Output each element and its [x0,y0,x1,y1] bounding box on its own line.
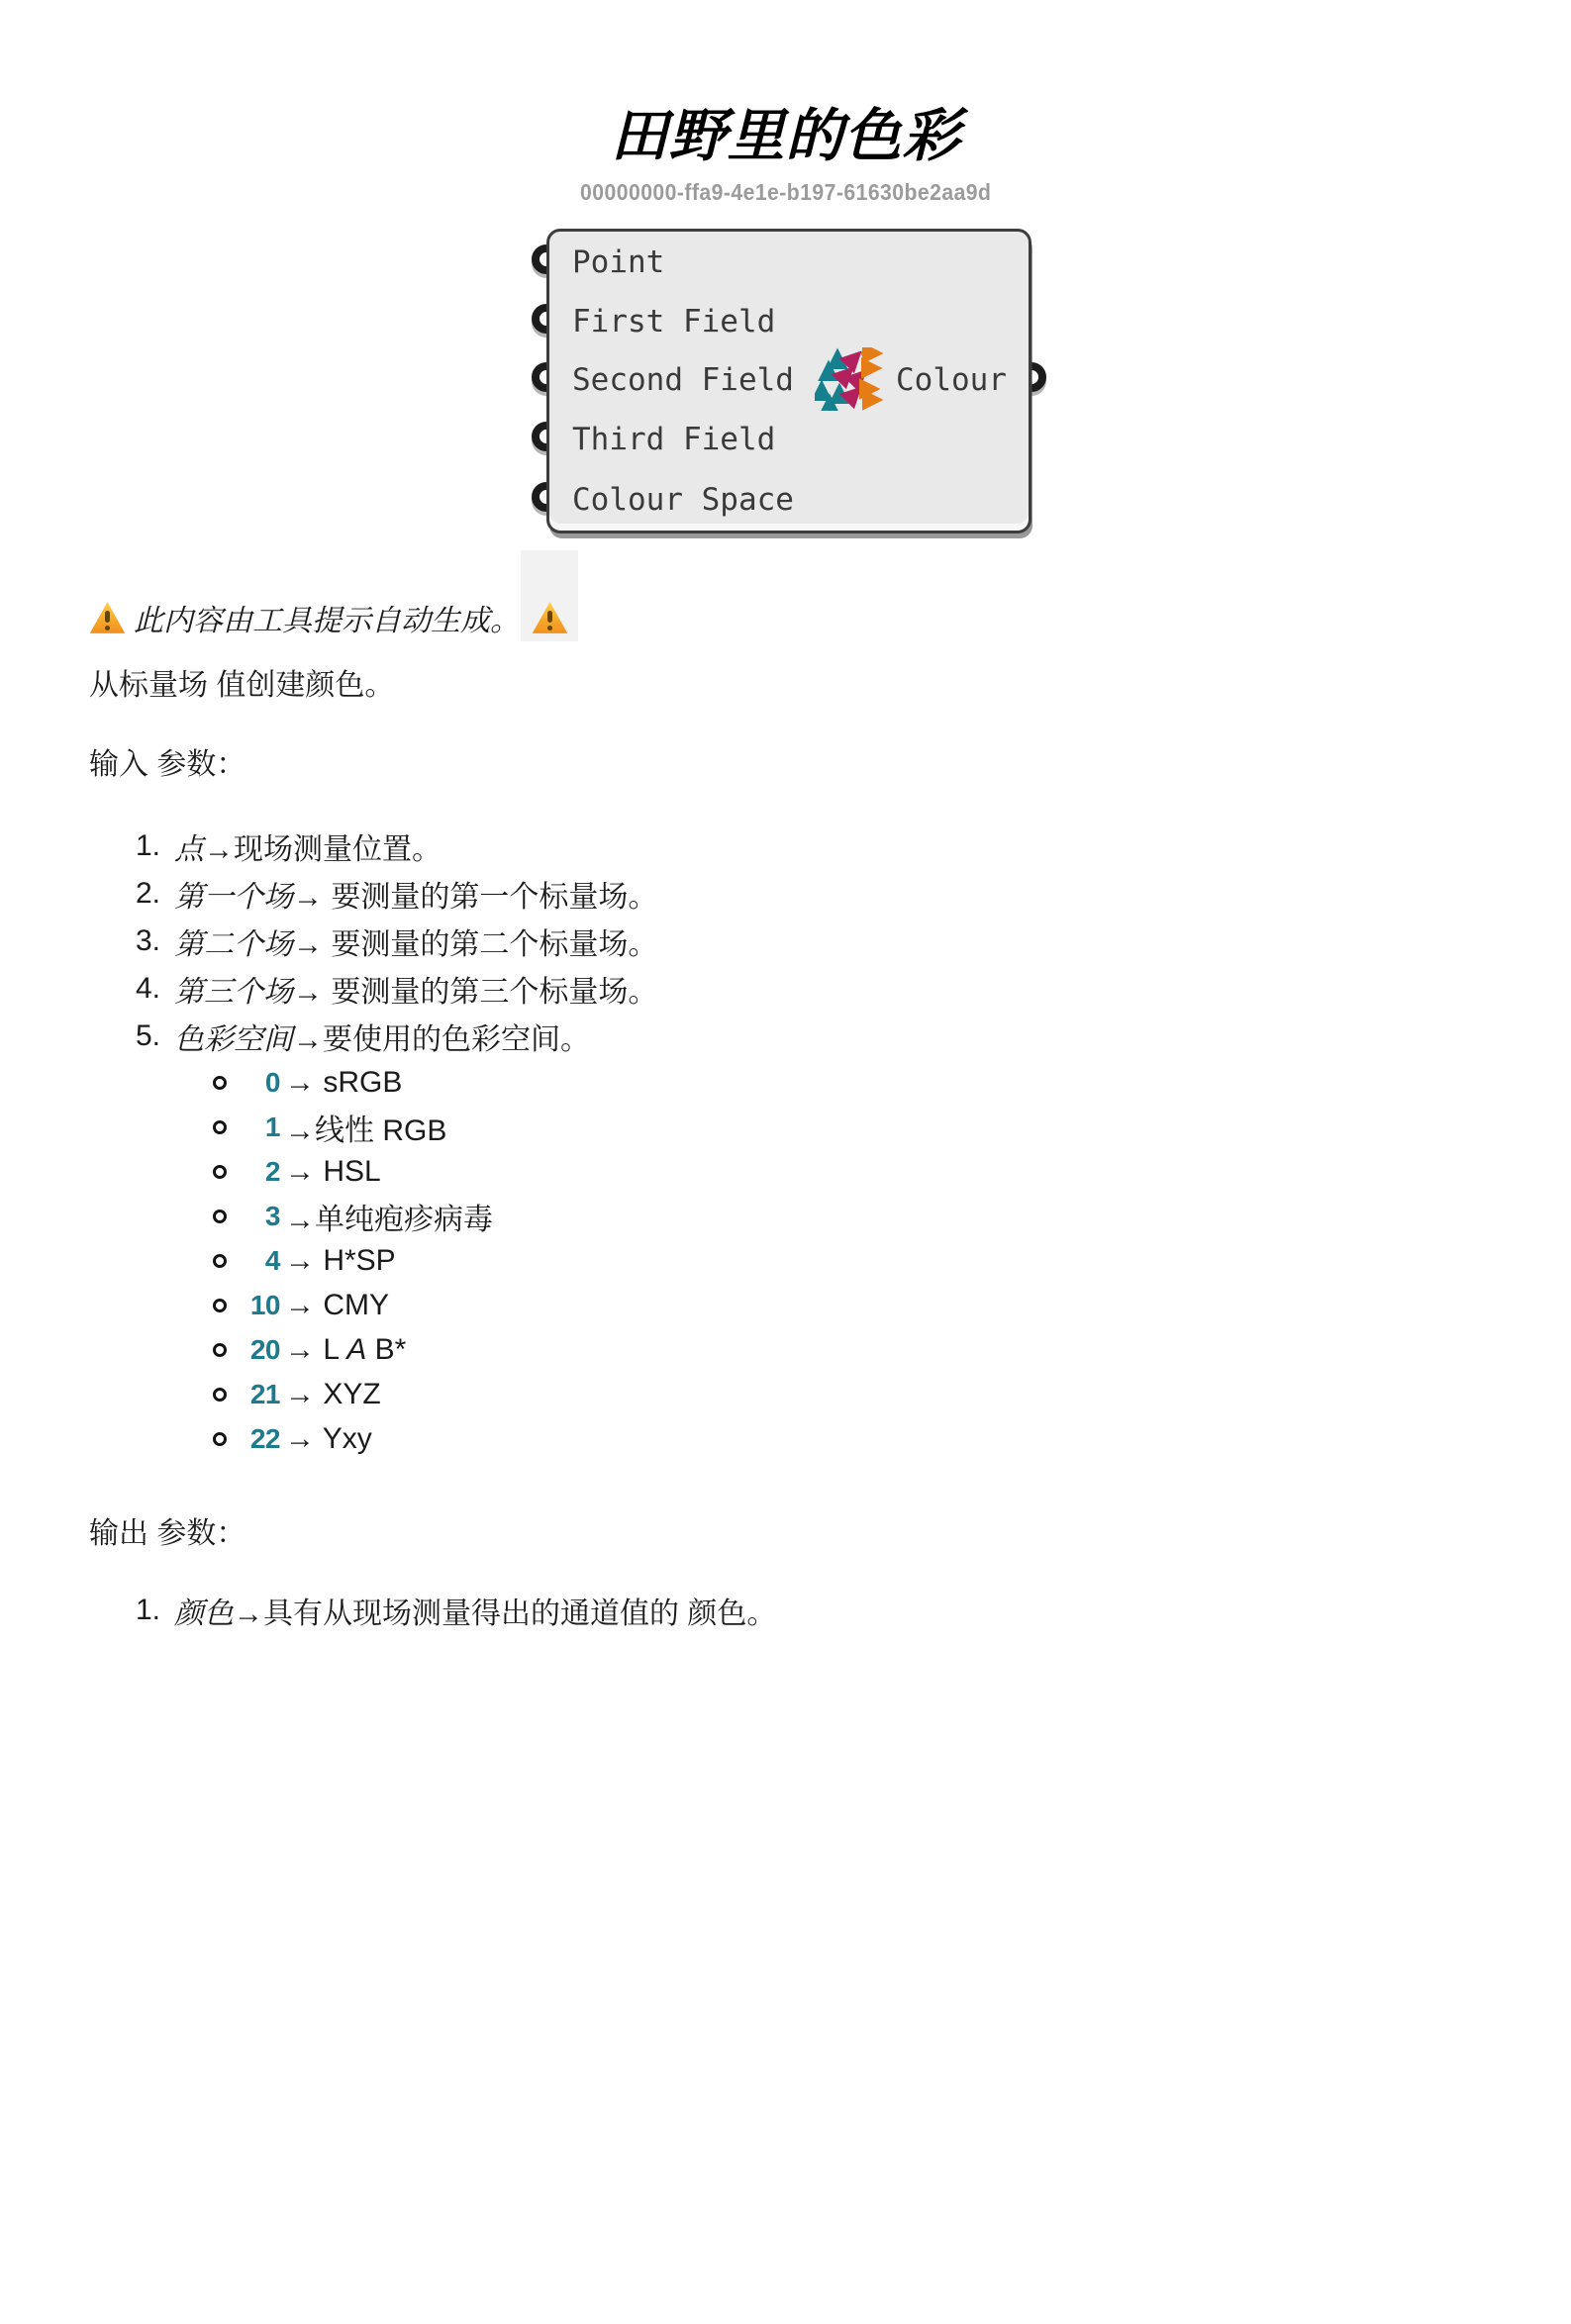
option-number: 4 [227,1245,280,1277]
option-label: → HSL [285,1155,381,1189]
param-desc: → 要测量的第二个标量场。 [293,920,657,963]
outputs-heading: 输出 参数： [89,1514,1482,1554]
option-label: → sRGB [285,1066,402,1100]
document-page: 田野里的色彩 00000000-ffa9-4e1e-b197-61630be2a… [0,103,1571,1634]
param-name: 第三个场 [174,967,293,1011]
output-param-colour: 1. 颜色 →具有从现场测量得出的通道值的 颜色。 [89,1587,1482,1634]
option-srgb: 0 → sRGB [89,1060,1482,1105]
option-label: → CMY [285,1289,389,1322]
option-yxy: 22 → Yxy [89,1416,1482,1461]
inputs-heading: 输入 参数： [89,745,1482,785]
option-hsl: 2 → HSL [89,1149,1482,1194]
param-name: 第二个场 [174,920,293,963]
option-label: → XYZ [285,1378,381,1411]
input-label-third-field: Third Field [572,420,775,459]
circle-bullet-icon [213,1120,227,1134]
input-param-third-field: 4. 第三个场 → 要测量的第三个标量场。 [89,965,1482,1013]
input-label-colour-space: Colour Space [572,480,794,520]
option-xyz: 21 → XYZ [89,1372,1482,1416]
field-arrows-icon [815,347,884,411]
option-label: → H*SP [285,1244,396,1278]
option-number: 21 [227,1379,280,1410]
param-desc: → 要测量的第一个标量场。 [293,872,657,916]
list-number: 5. [89,1019,160,1053]
option-number: 20 [227,1334,280,1366]
input-param-colour-space: 5. 色彩空间 →要使用的色彩空间。 [89,1013,1482,1060]
list-number: 1. [89,829,160,863]
param-desc: →现场测量位置。 [204,824,442,868]
input-param-first-field: 2. 第一个场 → 要测量的第一个标量场。 [89,870,1482,918]
input-label-second-field: Second Field [572,360,794,400]
option-number: 0 [227,1067,280,1099]
input-param-point: 1. 点 →现场测量位置。 [89,823,1482,870]
auto-generated-notice: 此内容由工具提示自动生成。 [89,596,1482,639]
circle-bullet-icon [213,1343,227,1357]
circle-bullet-icon [213,1076,227,1090]
component-description: 从标量场 值创建颜色。 [89,666,1482,706]
param-desc: →要使用的色彩空间。 [293,1015,590,1058]
option-label: →单纯疱疹病毒 [285,1195,493,1238]
circle-bullet-icon [213,1210,227,1223]
option-label: → Yxy [285,1422,372,1456]
input-label-point: Point [572,242,664,282]
circle-bullet-icon [213,1254,227,1268]
option-number: 1 [227,1112,280,1143]
option-lab: 20 → L A B* [89,1327,1482,1372]
param-desc: →具有从现场测量得出的通道值的 颜色。 [234,1589,776,1632]
input-label-first-field: First Field [572,302,775,341]
option-linear-rgb: 1 →线性 RGB [89,1105,1482,1149]
colour-space-options: 0 → sRGB 1 →线性 RGB 2 → HSL 3 →单纯疱疹病毒 4 →… [89,1060,1482,1461]
list-number: 4. [89,972,160,1006]
option-number: 10 [227,1290,280,1321]
param-desc: → 要测量的第三个标量场。 [293,967,657,1011]
option-label: →线性 RGB [285,1106,446,1149]
param-name: 第一个场 [174,872,293,916]
warning-text: 此内容由工具提示自动生成。 [134,596,520,639]
input-parameter-list: 1. 点 →现场测量位置。 2. 第一个场 → 要测量的第一个标量场。 3. 第… [89,823,1482,1060]
param-name: 颜色 [174,1589,234,1632]
circle-bullet-icon [213,1388,227,1402]
option-number: 2 [227,1156,280,1188]
list-number: 3. [89,924,160,958]
option-cmy: 10 → CMY [89,1283,1482,1327]
option-label: → L A B* [285,1333,406,1367]
list-number: 2. [89,877,160,911]
gh-component-body: Point First Field Second Field Third Fie… [546,229,1031,533]
component-guid: 00000000-ffa9-4e1e-b197-61630be2aa9d [89,177,1482,207]
param-name: 点 [174,824,204,868]
warning-triangle-icon [532,602,568,634]
page-title: 田野里的色彩 [89,103,1482,170]
gh-component: Point First Field Second Field Third Fie… [546,229,1031,533]
param-name: 色彩空间 [174,1015,293,1058]
output-label-colour: Colour [896,360,1007,400]
output-parameter-list: 1. 颜色 →具有从现场测量得出的通道值的 颜色。 [89,1587,1482,1634]
warning-triangle-icon [89,602,126,634]
list-number: 1. [89,1594,160,1627]
circle-bullet-icon [213,1299,227,1312]
option-hsp: 4 → H*SP [89,1238,1482,1283]
input-param-second-field: 3. 第二个场 → 要测量的第二个标量场。 [89,918,1482,965]
option-number: 3 [227,1201,280,1232]
circle-bullet-icon [213,1165,227,1179]
option-number: 22 [227,1423,280,1455]
option-hsv: 3 →单纯疱疹病毒 [89,1194,1482,1238]
circle-bullet-icon [213,1432,227,1446]
